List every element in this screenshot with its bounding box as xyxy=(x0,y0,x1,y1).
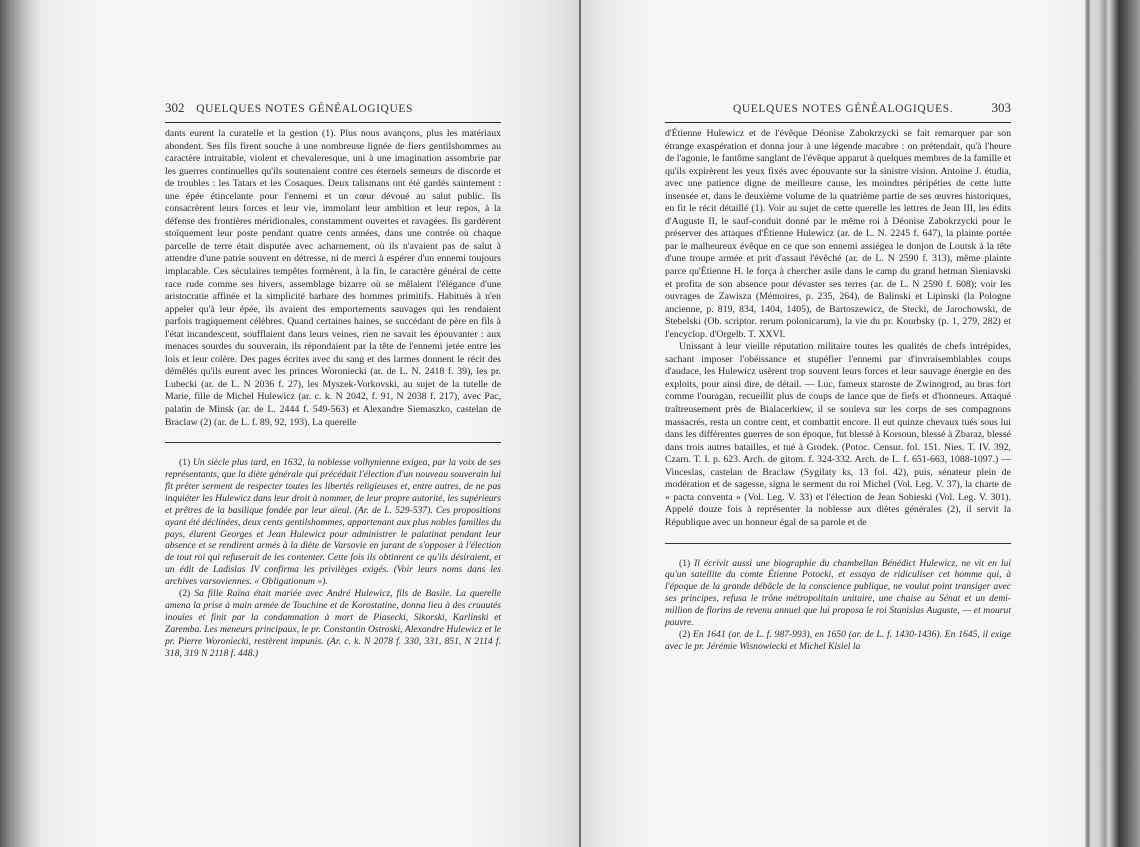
body-paragraph: Unissant à leur vieille réputation milit… xyxy=(665,341,1011,529)
left-running-head: 302 QUELQUES NOTES GÉNÉALOGIQUES xyxy=(165,100,501,123)
footnote: (2) Sa fille Raïna était mariée avec And… xyxy=(165,588,501,659)
right-footnotes: (1) Il écrivit aussi une biographie du c… xyxy=(665,558,1011,653)
footnote-mark: (2) xyxy=(179,588,190,599)
footnote: (1) Un siècle plus tard, en 1632, la nob… xyxy=(165,457,501,588)
footnote-text: En 1641 (ar. de L. f. 987-993), en 1650 … xyxy=(665,629,1011,652)
footnote-mark: (1) xyxy=(679,558,690,569)
body-paragraph: dants eurent la curatelle et la gestion … xyxy=(165,128,501,429)
footnote: (2) En 1641 (ar. de L. f. 987-993), en 1… xyxy=(665,629,1011,653)
footnote-mark: (1) xyxy=(179,457,190,468)
left-page-content: 302 QUELQUES NOTES GÉNÉALOGIQUES dants e… xyxy=(165,100,501,660)
right-page-content: QUELQUES NOTES GÉNÉALOGIQUES. 303 d'Étie… xyxy=(665,100,1011,653)
footnote-divider xyxy=(165,442,501,443)
left-footnotes: (1) Un siècle plus tard, en 1632, la nob… xyxy=(165,457,501,659)
left-body-text: dants eurent la curatelle et la gestion … xyxy=(165,128,501,429)
right-body-text: d'Étienne Hulewicz et de l'évêque Déonis… xyxy=(665,128,1011,530)
body-paragraph: d'Étienne Hulewicz et de l'évêque Déonis… xyxy=(665,128,1011,341)
book-gutter xyxy=(579,0,581,847)
right-running-head: QUELQUES NOTES GÉNÉALOGIQUES. 303 xyxy=(665,100,1011,123)
book-right-edge xyxy=(1085,0,1140,847)
footnote-divider xyxy=(665,543,1011,544)
book-left-edge xyxy=(0,0,42,847)
open-book-spread: 302 QUELQUES NOTES GÉNÉALOGIQUES dants e… xyxy=(0,0,1140,847)
running-head-title: QUELQUES NOTES GÉNÉALOGIQUES xyxy=(196,103,413,115)
running-head-title: QUELQUES NOTES GÉNÉALOGIQUES. xyxy=(733,103,953,115)
footnote-mark: (2) xyxy=(679,629,690,640)
footnote-text: Il écrivit aussi une biographie du chamb… xyxy=(665,558,1011,629)
footnote-text: Sa fille Raïna était mariée avec André H… xyxy=(165,588,501,659)
footnote-text: Un siècle plus tard, en 1632, la nobless… xyxy=(165,457,501,587)
page-number: 303 xyxy=(992,100,1012,116)
footnote: (1) Il écrivit aussi une biographie du c… xyxy=(665,558,1011,629)
page-number: 302 xyxy=(165,100,185,116)
